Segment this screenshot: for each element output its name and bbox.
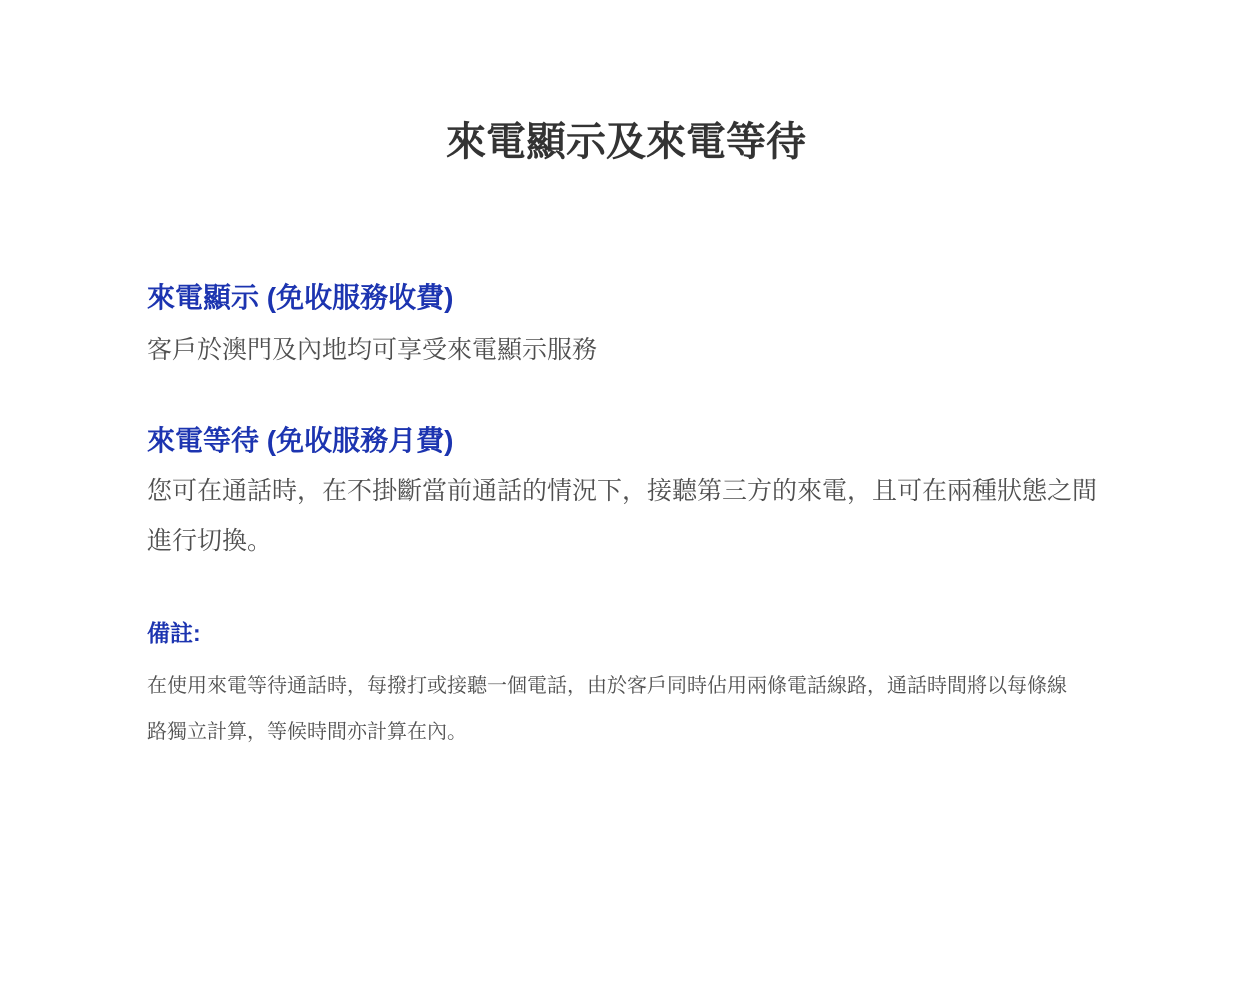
section-body-caller-display: 客戶於澳門及內地均可享受來電顯示服務 [147, 333, 1105, 368]
section-body-call-waiting: 您可在通話時，在不掛斷當前通話的情況下，接聽第三方的來電，且可在兩種狀態之間 進… [147, 466, 1105, 566]
section-heading-caller-display: 來電顯示 (免收服務收費) [147, 280, 1105, 315]
page-title: 來電顯示及來電等待 [147, 118, 1105, 166]
content-page: 來電顯示及來電等待 來電顯示 (免收服務收費) 客戶於澳門及內地均可享受來電顯示… [147, 0, 1105, 755]
remarks-heading: 備註: [147, 618, 1105, 648]
body-line: 進行切換。 [147, 516, 1105, 566]
section-heading-call-waiting: 來電等待 (免收服務月費) [147, 423, 1105, 458]
section-call-waiting: 來電等待 (免收服務月費) 您可在通話時，在不掛斷當前通話的情況下，接聽第三方的… [147, 423, 1105, 566]
section-remarks: 備註: 在使用來電等待通話時，每撥打或接聽一個電話，由於客戶同時佔用兩條電話線路… [147, 618, 1105, 755]
section-caller-display: 來電顯示 (免收服務收費) 客戶於澳門及內地均可享受來電顯示服務 [147, 280, 1105, 368]
body-line: 您可在通話時，在不掛斷當前通話的情況下，接聽第三方的來電，且可在兩種狀態之間 [147, 466, 1105, 516]
note-line: 在使用來電等待通話時，每撥打或接聽一個電話，由於客戶同時佔用兩條電話線路，通話時… [147, 663, 1105, 709]
note-line: 路獨立計算，等候時間亦計算在內。 [147, 709, 1105, 755]
body-line: 客戶於澳門及內地均可享受來電顯示服務 [147, 333, 1105, 368]
remarks-body: 在使用來電等待通話時，每撥打或接聽一個電話，由於客戶同時佔用兩條電話線路，通話時… [147, 663, 1105, 755]
